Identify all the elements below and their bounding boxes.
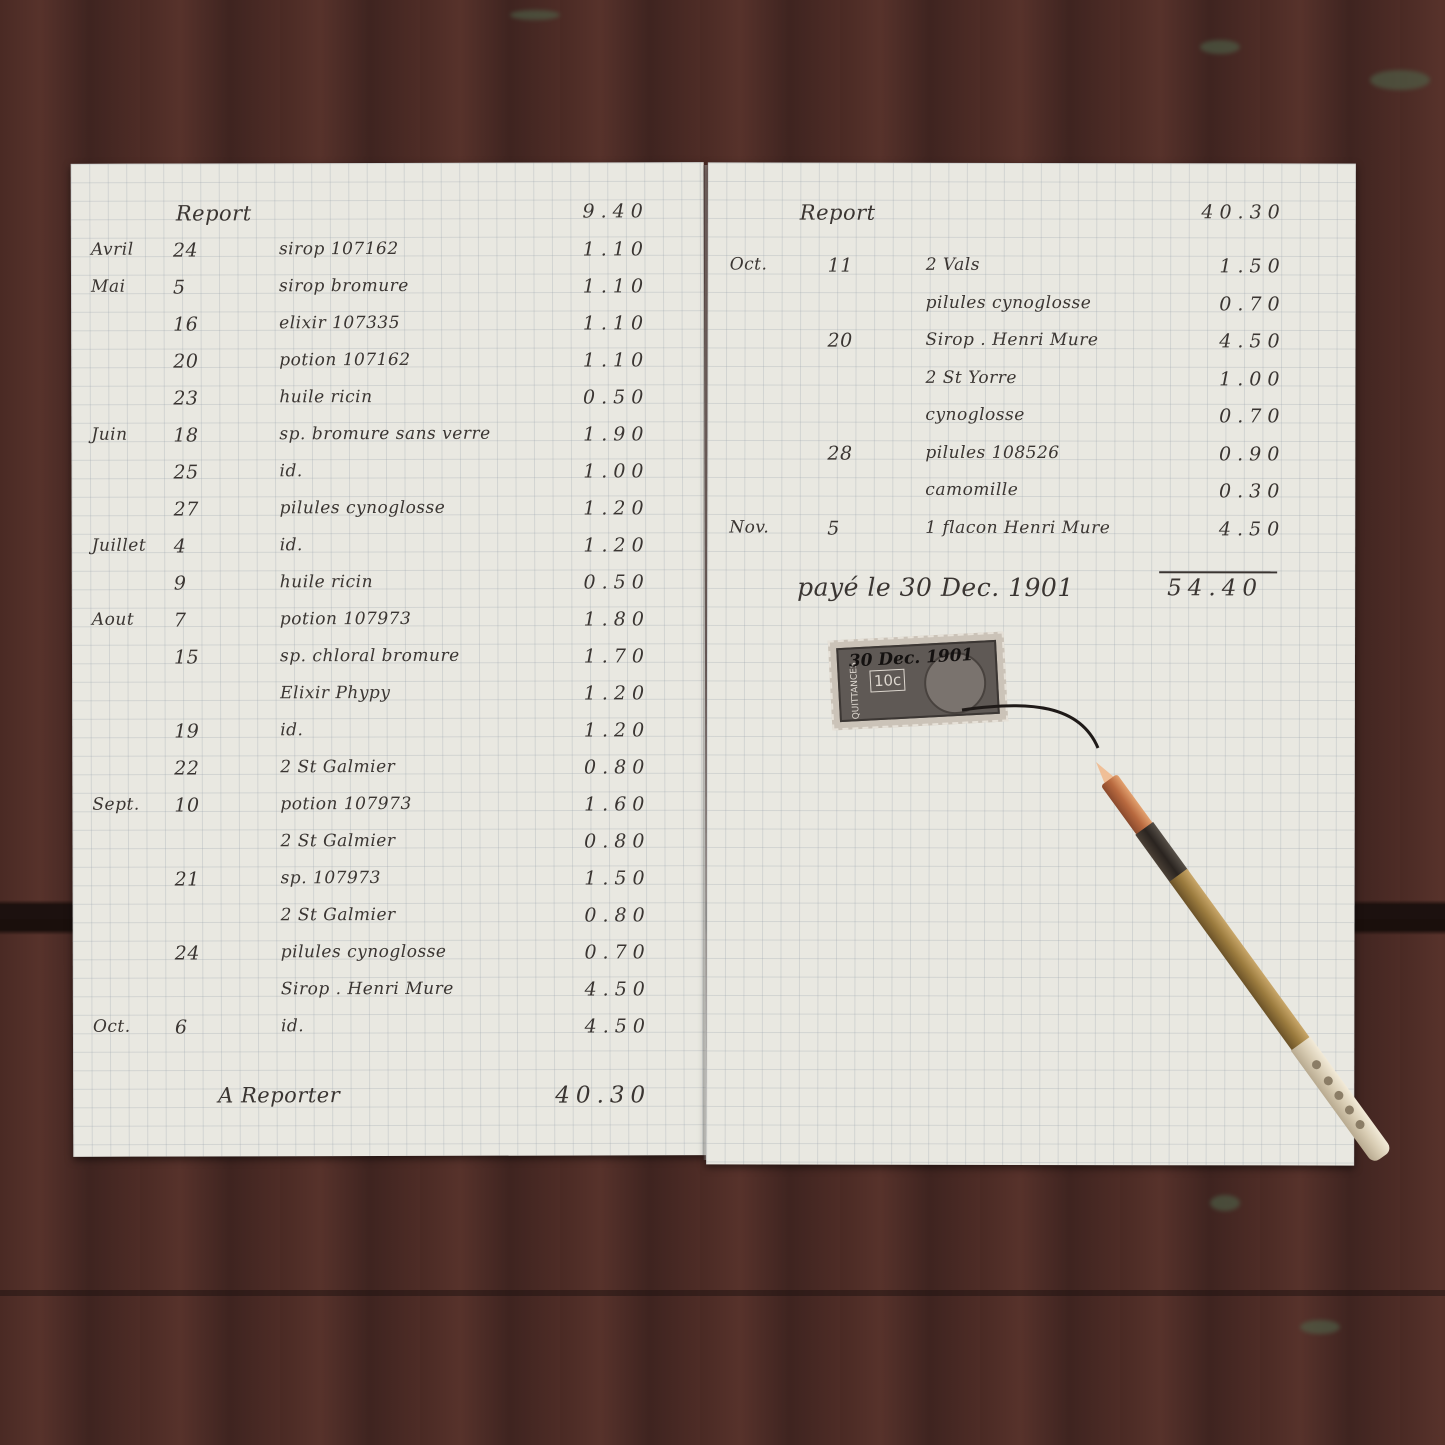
ledger-right-page: Report 40.30 Oct.112 Vals1.50pilules cyn… <box>706 162 1356 1165</box>
entry-item: 2 St Galmier <box>280 757 395 777</box>
entry-item: sirop bromure <box>279 276 409 296</box>
entry-item: elixir 107335 <box>279 313 400 333</box>
entry-item: sp. 107973 <box>281 868 381 888</box>
ledger-row: cynoglosse0.70 <box>707 404 1355 435</box>
entry-day: 20 <box>828 330 853 352</box>
entry-amount: 4.50 <box>1219 518 1285 540</box>
entry-amount: 1.90 <box>583 423 649 445</box>
entry-day: 28 <box>827 442 852 464</box>
entry-amount: 0.80 <box>584 756 650 778</box>
entry-amount: 1.50 <box>1219 255 1285 277</box>
entry-item: id. <box>280 535 303 555</box>
ledger-row: Avril24sirop 1071621.10 <box>71 238 704 270</box>
entry-amount: 0.70 <box>584 941 650 963</box>
ledger-row: 25id.1.00 <box>71 460 704 492</box>
carry-forward-label: A Reporter <box>218 1083 340 1107</box>
entry-item: sirop 107162 <box>279 239 399 259</box>
ledger-row: 15sp. chloral bromure1.70 <box>72 645 705 677</box>
entry-day: 21 <box>175 868 200 890</box>
entry-day: 18 <box>173 424 198 446</box>
entry-month: Juillet <box>92 536 147 556</box>
ledger-row: Sept.10potion 1079731.60 <box>72 793 705 825</box>
entry-amount: 1.20 <box>584 682 650 704</box>
entry-item: 2 St Galmier <box>280 831 395 851</box>
report-amount: 9.40 <box>582 200 648 222</box>
entry-item: Elixir Phypy <box>280 683 390 703</box>
entry-item: pilules cynoglosse <box>281 942 447 962</box>
entry-item: 2 St Yorre <box>925 367 1016 387</box>
entry-month: Oct. <box>93 1017 131 1037</box>
total-amount: 54.40 <box>1167 575 1263 601</box>
entry-day: 16 <box>173 313 198 335</box>
entry-amount: 0.70 <box>1219 405 1285 427</box>
entry-amount: 1.10 <box>583 275 649 297</box>
entry-item: 2 St Galmier <box>281 905 396 925</box>
entry-amount: 0.50 <box>583 571 649 593</box>
entry-month: Aout <box>92 610 134 630</box>
ledger-row: camomille0.30 <box>707 479 1355 510</box>
ledger-row: 20potion 1071621.10 <box>71 349 704 381</box>
ledger-row: 2 St Yorre1.00 <box>707 367 1355 398</box>
moss-spot <box>1300 1320 1340 1334</box>
ledger-row: Elixir Phypy1.20 <box>72 682 705 714</box>
ledger-row: 23huile ricin0.50 <box>71 386 704 418</box>
entry-item: Sirop . Henri Mure <box>281 979 454 999</box>
entry-amount: 0.30 <box>1219 480 1285 502</box>
entry-item: pilules 108526 <box>925 442 1059 462</box>
entry-day: 6 <box>175 1017 188 1039</box>
entry-day: 11 <box>828 255 853 277</box>
ink-stroke <box>960 700 1110 770</box>
entry-item: pilules cynoglosse <box>926 292 1092 312</box>
ledger-row: Nov.51 flacon Henri Mure4.50 <box>707 517 1355 548</box>
stamp-value: 10c <box>869 669 905 693</box>
paid-note: payé le 30 Dec. 1901 <box>797 573 1074 602</box>
ledger-row: Oct.112 Vals1.50 <box>708 254 1356 285</box>
entry-amount: 1.10 <box>583 349 649 371</box>
ledger-row: Oct.6id.4.50 <box>73 1015 706 1047</box>
entry-day: 24 <box>173 239 198 261</box>
entry-amount: 0.70 <box>1219 293 1285 315</box>
entry-amount: 1.20 <box>583 497 649 519</box>
entry-item: sp. chloral bromure <box>280 646 460 666</box>
ledger-row: 21sp. 1079731.50 <box>73 867 706 899</box>
ledger-entries: Avril24sirop 1071621.10Mai5sirop bromure… <box>71 162 704 164</box>
ledger-row: pilules cynoglosse0.70 <box>708 292 1356 323</box>
entry-item: camomille <box>925 480 1018 500</box>
report-amount: 40.30 <box>1201 201 1285 223</box>
ledger-row: 2 St Galmier0.80 <box>72 830 705 862</box>
entry-amount: 1.10 <box>583 312 649 334</box>
entry-day: 15 <box>174 646 199 668</box>
entry-day: 27 <box>174 498 199 520</box>
entry-amount: 1.20 <box>583 534 649 556</box>
entry-item: sp. bromure sans verre <box>279 424 490 445</box>
entry-month: Avril <box>91 240 134 260</box>
entry-day: 24 <box>175 942 200 964</box>
ledger-row: 16elixir 1073351.10 <box>71 312 704 344</box>
ledger-row: Sirop . Henri Mure4.50 <box>73 978 706 1010</box>
ledger-row: Aout7potion 1079731.80 <box>72 608 705 640</box>
entry-amount: 0.80 <box>584 830 650 852</box>
entry-month: Sept. <box>92 795 139 815</box>
ledger-row: 222 St Galmier0.80 <box>72 756 705 788</box>
entry-amount: 4.50 <box>585 1015 651 1037</box>
carry-forward-amount: 40.30 <box>555 1082 651 1108</box>
entry-item: huile ricin <box>280 572 373 592</box>
wood-board-seam <box>0 1290 1445 1296</box>
moss-spot <box>510 10 560 20</box>
entry-item: 2 Vals <box>926 255 980 275</box>
entry-day: 23 <box>173 387 198 409</box>
entry-month: Mai <box>91 277 126 297</box>
entry-day: 10 <box>174 794 199 816</box>
report-label: Report <box>176 201 252 225</box>
ledger-row: 9huile ricin0.50 <box>72 571 705 603</box>
entry-item: Sirop . Henri Mure <box>926 330 1099 350</box>
ledger-row: 2 St Galmier0.80 <box>73 904 706 936</box>
entry-amount: 1.60 <box>584 793 650 815</box>
ledger-entries: Oct.112 Vals1.50pilules cynoglosse0.7020… <box>708 162 1356 163</box>
entry-item: potion 107973 <box>280 794 411 814</box>
entry-day: 9 <box>174 573 187 595</box>
entry-item: pilules cynoglosse <box>280 498 446 518</box>
entry-item: id. <box>279 461 302 481</box>
entry-item: 1 flacon Henri Mure <box>925 517 1110 537</box>
ledger-row: Mai5sirop bromure1.10 <box>71 275 704 307</box>
entry-item: cynoglosse <box>925 405 1024 425</box>
entry-day: 5 <box>827 517 840 539</box>
entry-amount: 4.50 <box>1219 330 1285 352</box>
entry-month: Juin <box>91 425 127 445</box>
entry-amount: 1.00 <box>1219 368 1285 390</box>
entry-amount: 1.10 <box>583 238 649 260</box>
moss-spot <box>1370 70 1430 90</box>
entry-day: 20 <box>173 350 198 372</box>
ledger-row: 20Sirop . Henri Mure4.50 <box>708 329 1356 360</box>
entry-amount: 0.90 <box>1219 443 1285 465</box>
moss-spot <box>1210 1195 1240 1211</box>
entry-amount: 4.50 <box>585 978 651 1000</box>
entry-amount: 1.80 <box>584 608 650 630</box>
entry-amount: 1.20 <box>584 719 650 741</box>
entry-amount: 1.00 <box>583 460 649 482</box>
ledger-row: 19id.1.20 <box>72 719 705 751</box>
ledger-row: Juillet4id.1.20 <box>72 534 705 566</box>
entry-day: 5 <box>173 277 186 299</box>
entry-month: Nov. <box>729 517 769 537</box>
entry-day: 7 <box>174 610 187 632</box>
entry-item: id. <box>280 720 303 740</box>
entry-amount: 1.70 <box>584 645 650 667</box>
entry-item: id. <box>281 1016 304 1036</box>
entry-day: 25 <box>173 461 198 483</box>
entry-day: 19 <box>174 720 199 742</box>
ledger-row: Juin18sp. bromure sans verre1.90 <box>71 423 704 455</box>
entry-item: potion 107973 <box>280 609 411 629</box>
entry-month: Oct. <box>730 254 768 274</box>
ledger-row: 27pilules cynoglosse1.20 <box>72 497 705 529</box>
report-label: Report <box>800 201 876 225</box>
moss-spot <box>1200 40 1240 54</box>
entry-day: 22 <box>174 757 199 779</box>
entry-amount: 0.80 <box>584 904 650 926</box>
entry-amount: 1.50 <box>584 867 650 889</box>
ledger-left-page: Report 9.40 Avril24sirop 1071621.10Mai5s… <box>71 162 707 1157</box>
total-underline <box>1159 571 1277 573</box>
ledger-row: 24pilules cynoglosse0.70 <box>73 941 706 973</box>
entry-amount: 0.50 <box>583 386 649 408</box>
entry-item: potion 107162 <box>279 350 410 370</box>
entry-day: 4 <box>174 536 187 558</box>
ledger-row: 28pilules 1085260.90 <box>707 442 1355 473</box>
entry-item: huile ricin <box>279 387 372 407</box>
